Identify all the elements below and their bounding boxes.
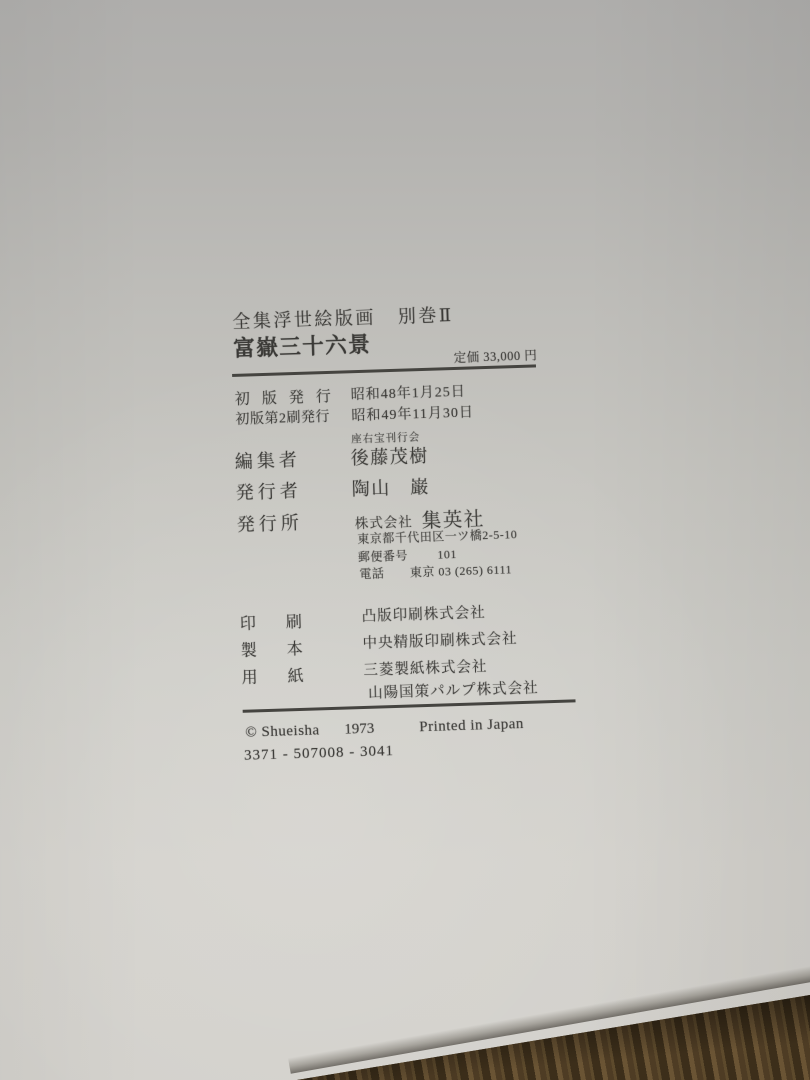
binding-company: 中央精版印刷株式会社 xyxy=(362,627,518,653)
publisher-person-label: 発行者 xyxy=(235,481,302,503)
postal-label: 郵便番号 xyxy=(358,549,408,565)
catalog-code: 3371 - 507008 - 3041 xyxy=(244,743,394,765)
imprint-row: © Shueisha 1973 Printed in Japan xyxy=(243,714,595,725)
edition-date: 昭和48年1月25日 xyxy=(350,381,466,405)
publisher-company-row: 発行所 株式会社 集英社 xyxy=(236,509,303,537)
production-row-printing: 印刷 凸版印刷株式会社 xyxy=(239,598,591,629)
printing-label: 印刷 xyxy=(240,608,333,634)
colophon-block: 全集浮世絵版画別巻Ⅱ 富嶽三十六景 定価 33,000 円 初版発行 昭和48年… xyxy=(230,297,597,778)
paper-label: 用紙 xyxy=(241,662,334,688)
photo-frame: 全集浮世絵版画別巻Ⅱ 富嶽三十六景 定価 33,000 円 初版発行 昭和48年… xyxy=(0,0,810,1080)
book-title: 富嶽三十六景 xyxy=(233,328,372,363)
editor-label: 編集者 xyxy=(235,450,302,472)
address-line: 東京都千代田区一ツ橋2-5-10 xyxy=(357,525,517,547)
price-label: 定価 33,000 円 xyxy=(453,345,537,366)
printing-company: 凸版印刷株式会社 xyxy=(361,601,486,626)
phone-line: 電話 東京 03 (265) 6111 xyxy=(359,560,512,582)
edition-row-second: 初版第2刷発行 昭和49年11月30日 xyxy=(235,406,330,429)
edition-label: 初版発行 xyxy=(235,389,343,408)
editor-name: 後藤茂樹 xyxy=(350,442,429,470)
publisher-person-row: 発行者 陶山 巌 xyxy=(235,477,302,505)
publisher-person-name: 陶山 巌 xyxy=(351,473,430,501)
divider-top xyxy=(232,364,536,376)
editor-row: 編集者 後藤茂樹 xyxy=(234,446,301,474)
volume-label: 別巻Ⅱ xyxy=(398,305,454,327)
phone-label: 電話 xyxy=(359,566,384,581)
edition-date: 昭和49年11月30日 xyxy=(351,401,474,425)
printed-in-text: Printed in Japan xyxy=(419,716,524,736)
publisher-company-label: 発行所 xyxy=(237,513,304,535)
postal-code: 101 xyxy=(437,547,457,562)
copyright-year: 1973 xyxy=(344,721,375,739)
paper-company-second: 山陽国策パルプ株式会社 xyxy=(368,677,539,703)
paper-company: 三菱製紙株式会社 xyxy=(363,655,488,680)
edition-label: 初版第2刷発行 xyxy=(235,410,330,428)
phone-number: 東京 03 (265) 6111 xyxy=(410,562,512,579)
copyright-text: © Shueisha xyxy=(245,722,320,741)
binding-label: 製本 xyxy=(240,635,333,661)
